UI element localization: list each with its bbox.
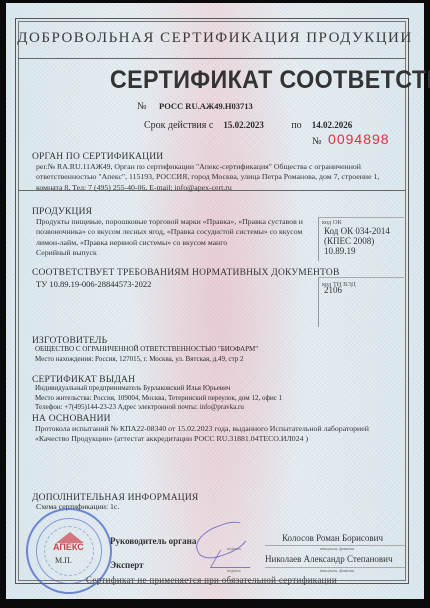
organ-heading: ОРГАН ПО СЕРТИФИКАЦИИ (32, 152, 163, 162)
serial-symbol: № (312, 136, 322, 147)
validity-to: 14.02.2026 (312, 120, 353, 130)
manufacturer-name: ОБЩЕСТВО С ОГРАНИЧЕННОЙ ОТВЕТСТВЕННОСТЬЮ… (35, 345, 258, 355)
code-ok-line1: Код ОК 034-2014 (324, 226, 404, 236)
issued-name: Индивидуальный предприниматель Бурлаковс… (35, 384, 282, 394)
product-description: Продукты пищевые, порошковые торговой ма… (36, 217, 303, 247)
product-series: Серийный выпуск (36, 248, 97, 257)
header-text: ДОБРОВОЛЬНАЯ СЕРТИФИКАЦИЯ ПРОДУКЦИИ (0, 30, 430, 47)
head-name: Колосов Роман Борисович (282, 533, 383, 543)
code-ok-label: код ОК (322, 219, 404, 226)
expert-label: Эксперт (110, 560, 144, 570)
number-value: РОСС RU.АЖ49.Н03713 (159, 101, 253, 111)
validity-period: Срок действия с 15.02.2023 по 14.02.2026 (144, 120, 352, 131)
header-divider (18, 58, 406, 59)
code-ok-box: код ОК Код ОК 034-2014 (КПЕС 2008) 10.89… (318, 217, 404, 261)
disclaimer: Сертификат не применяется при обязательн… (86, 575, 337, 585)
serial-value: 0094898 (328, 131, 390, 147)
manufacturer-text: ОБЩЕСТВО С ОГРАНИЧЕННОЙ ОТВЕТСТВЕННОСТЬЮ… (35, 345, 258, 364)
head-label: Руководитель органа (110, 536, 196, 546)
serial-number: № 0094898 (312, 131, 390, 147)
expert-name: Николаев Александр Степанович (265, 554, 393, 564)
code-ok-line3: 10.89.19 (324, 246, 404, 256)
normative-text: ТУ 10.89.19-006-28844573-2022 (36, 279, 151, 289)
issued-contacts: Телефон: +7(495)144-23-23 Адрес электрон… (35, 403, 282, 413)
stamp-roof-icon (56, 532, 84, 543)
product-text: Продукты пищевые, порошковые торговой ма… (36, 217, 316, 258)
basis-heading: НА ОСНОВАНИИ (32, 414, 111, 424)
issued-text: Индивидуальный предприниматель Бурлаковс… (35, 384, 282, 413)
stamp-mp: М.П. (55, 556, 72, 565)
head-name-caption: инициалы, фамилия (320, 546, 354, 551)
certificate-number: № РОСС RU.АЖ49.Н03713 (137, 101, 253, 112)
code-tnved-value: 2106 (324, 285, 404, 295)
manufacturer-address: Место нахождения: Россия, 127015, г. Мос… (35, 355, 258, 365)
validity-from: 15.02.2023 (223, 120, 264, 130)
organ-text: рег.№ RA.RU.11АЖ49, Орган по сертификаци… (36, 162, 396, 193)
validity-to-label: по (291, 120, 301, 131)
head-sign-caption: подпись (227, 546, 241, 551)
issued-address: Место жительства: Россия, 109004, Москва… (35, 394, 282, 404)
number-symbol: № (137, 101, 147, 112)
code-ok-line2: (КПЕС 2008) (324, 236, 404, 246)
basis-text: Протокола испытаний № КПА22-08340 от 15.… (35, 424, 375, 445)
stamp-logo: АПЕКС (53, 542, 84, 552)
expert-sign-caption: подпись (227, 568, 241, 573)
certificate-title: СЕРТИФИКАТ СООТВЕТСТВИЯ (110, 66, 430, 95)
normative-heading: СООТВЕТСТВУЕТ ТРЕБОВАНИЯМ НОРМАТИВНЫХ ДО… (32, 268, 340, 278)
code-tnved-box: код ТН ВЭД 2106 (318, 277, 404, 327)
expert-name-caption: инициалы, фамилия (320, 568, 354, 573)
validity-label: Срок действия с (144, 120, 213, 131)
product-heading: ПРОДУКЦИЯ (32, 207, 92, 217)
